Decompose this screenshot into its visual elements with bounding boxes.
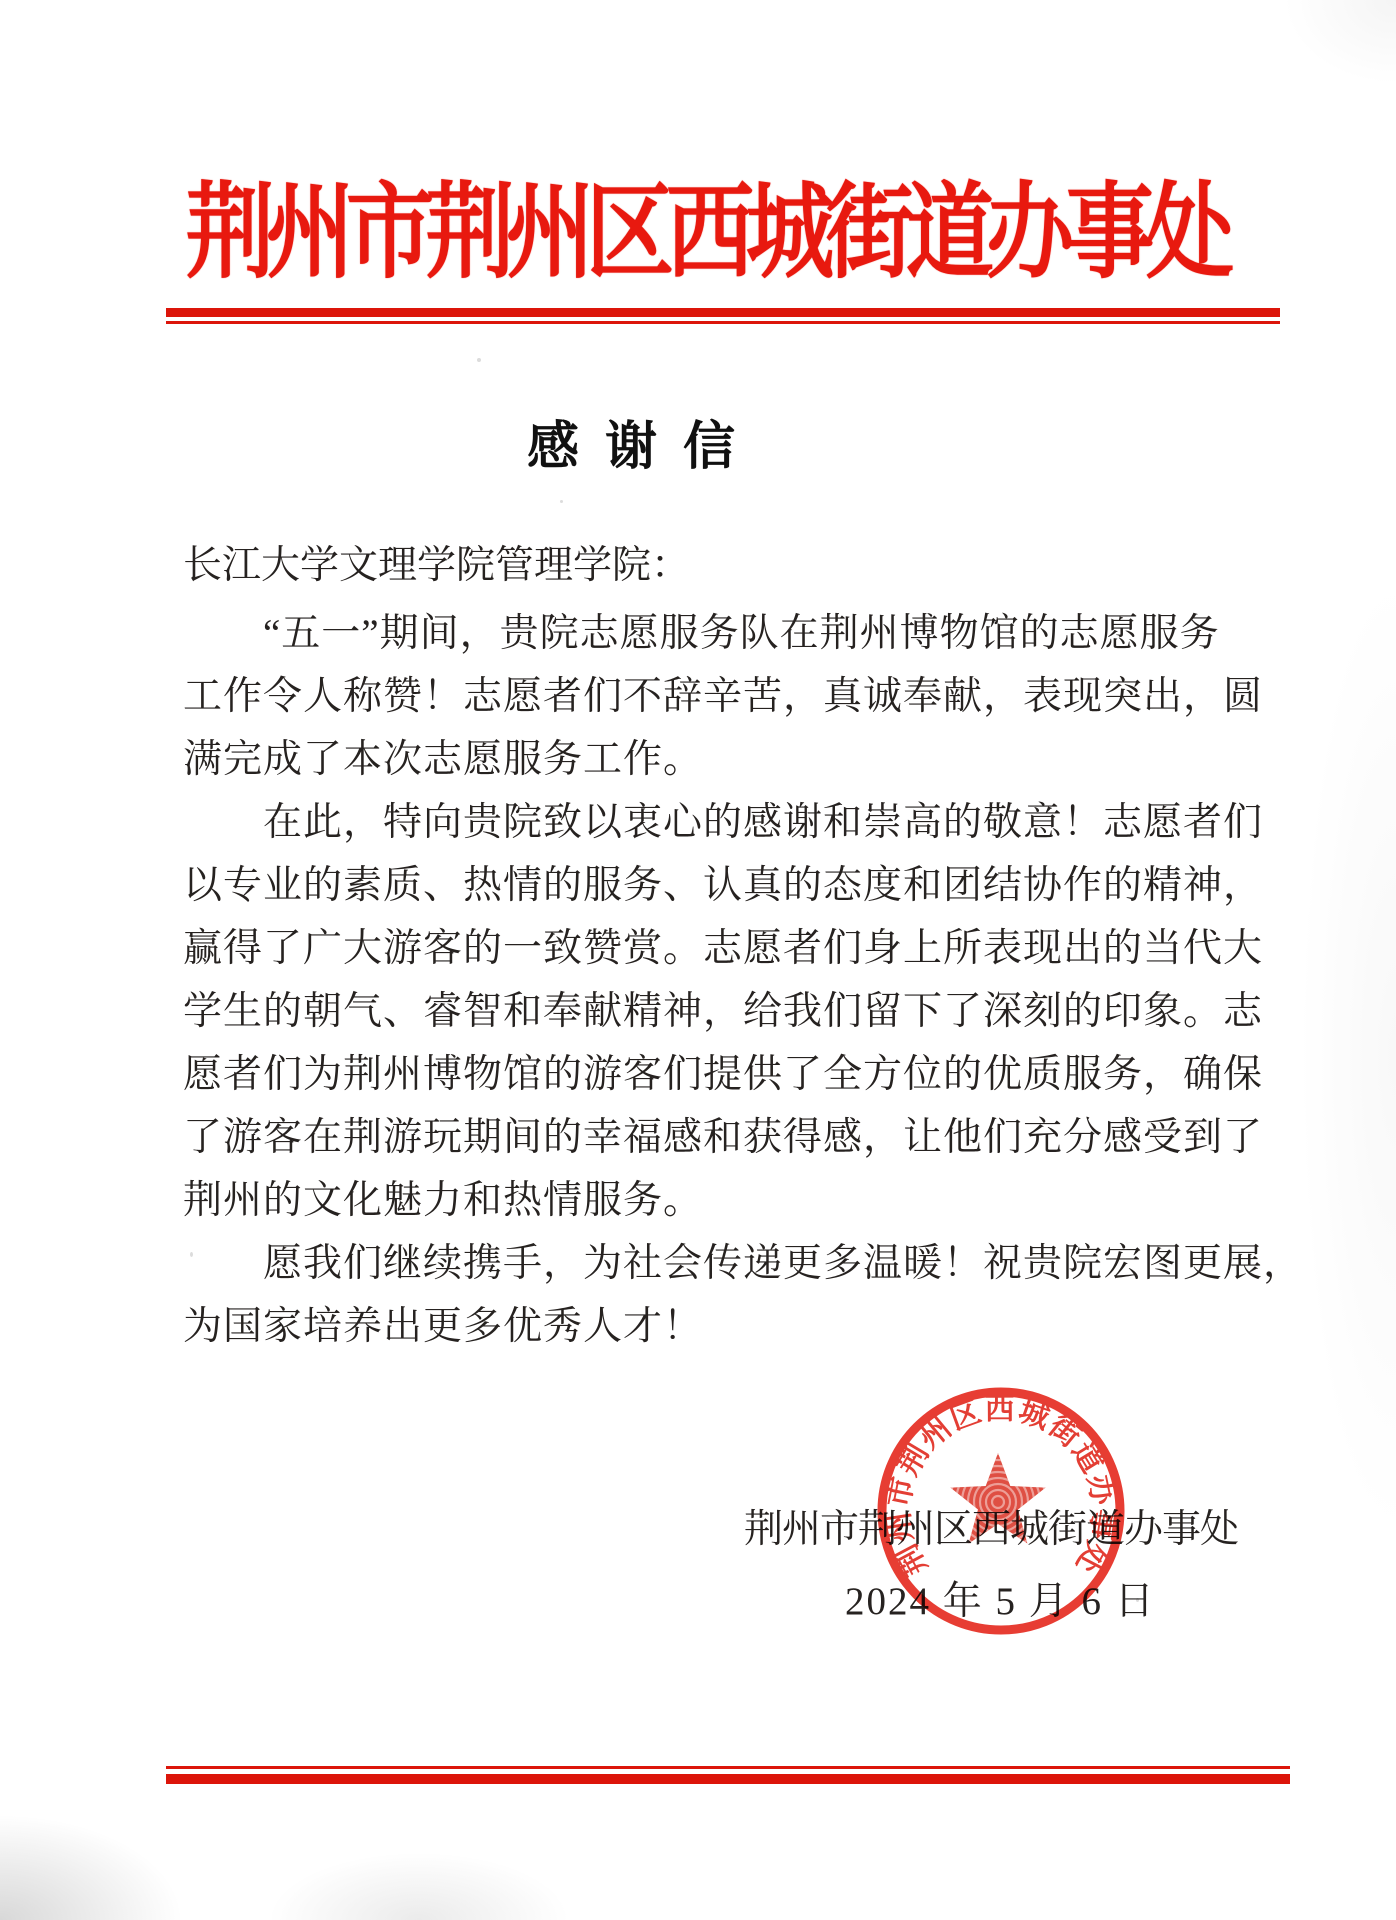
letter-page: 荆州市荆州区西城街道办事处 感谢信 长江大学文理学院管理学院： “五一”期间，贵… <box>0 0 1396 1920</box>
letter-body: “五一”期间，贵院志愿服务队在荆州博物馆的志愿服务工作令人称赞！志愿者们不辞辛苦… <box>183 602 1233 1358</box>
salutation: 长江大学文理学院管理学院： <box>183 546 690 585</box>
letterhead-rule-thick <box>166 308 1280 317</box>
letterhead-rule-thin <box>166 321 1280 324</box>
body-line: 为国家培养出更多优秀人才！ <box>183 1295 1233 1358</box>
body-line: 满完成了本次志愿服务工作。 <box>183 728 1233 791</box>
scan-speck <box>1136 1598 1139 1602</box>
official-seal-stamp: 荆州市荆州区西城街道办事处 <box>866 1376 1136 1646</box>
body-line: 了游客在荆游玩期间的幸福感和获得感，让他们充分感受到了 <box>183 1106 1233 1169</box>
body-line: 愿者们为荆州博物馆的游客们提供了全方位的优质服务，确保 <box>183 1043 1233 1106</box>
body-line: 荆州的文化魅力和热情服务。 <box>183 1169 1233 1232</box>
scan-speck <box>560 500 563 503</box>
footer-rule-thin <box>166 1766 1290 1769</box>
footer-rule-thick <box>166 1774 1290 1784</box>
scan-speck <box>190 1252 193 1257</box>
body-line: 学生的朝气、睿智和奉献精神，给我们留下了深刻的印象。志 <box>183 980 1233 1043</box>
body-line: 愿我们继续携手，为社会传递更多温暖！祝贵院宏图更展， <box>183 1232 1233 1295</box>
body-line: 以专业的素质、热情的服务、认真的态度和团结协作的精神， <box>183 854 1233 917</box>
body-line: 工作令人称赞！志愿者们不辞辛苦，真诚奉献，表现突出，圆 <box>183 665 1233 728</box>
body-line: “五一”期间，贵院志愿服务队在荆州博物馆的志愿服务 <box>183 602 1233 665</box>
body-line: 在此，特向贵院致以衷心的感谢和崇高的敬意！志愿者们 <box>183 791 1233 854</box>
body-line: 赢得了广大游客的一致赞赏。志愿者们身上所表现出的当代大 <box>183 917 1233 980</box>
stamp-star <box>950 1453 1046 1550</box>
scan-speck <box>477 358 481 362</box>
letterhead-title: 荆州市荆州区西城街道办事处 <box>186 150 1226 299</box>
document-title: 感谢信 <box>527 404 761 479</box>
